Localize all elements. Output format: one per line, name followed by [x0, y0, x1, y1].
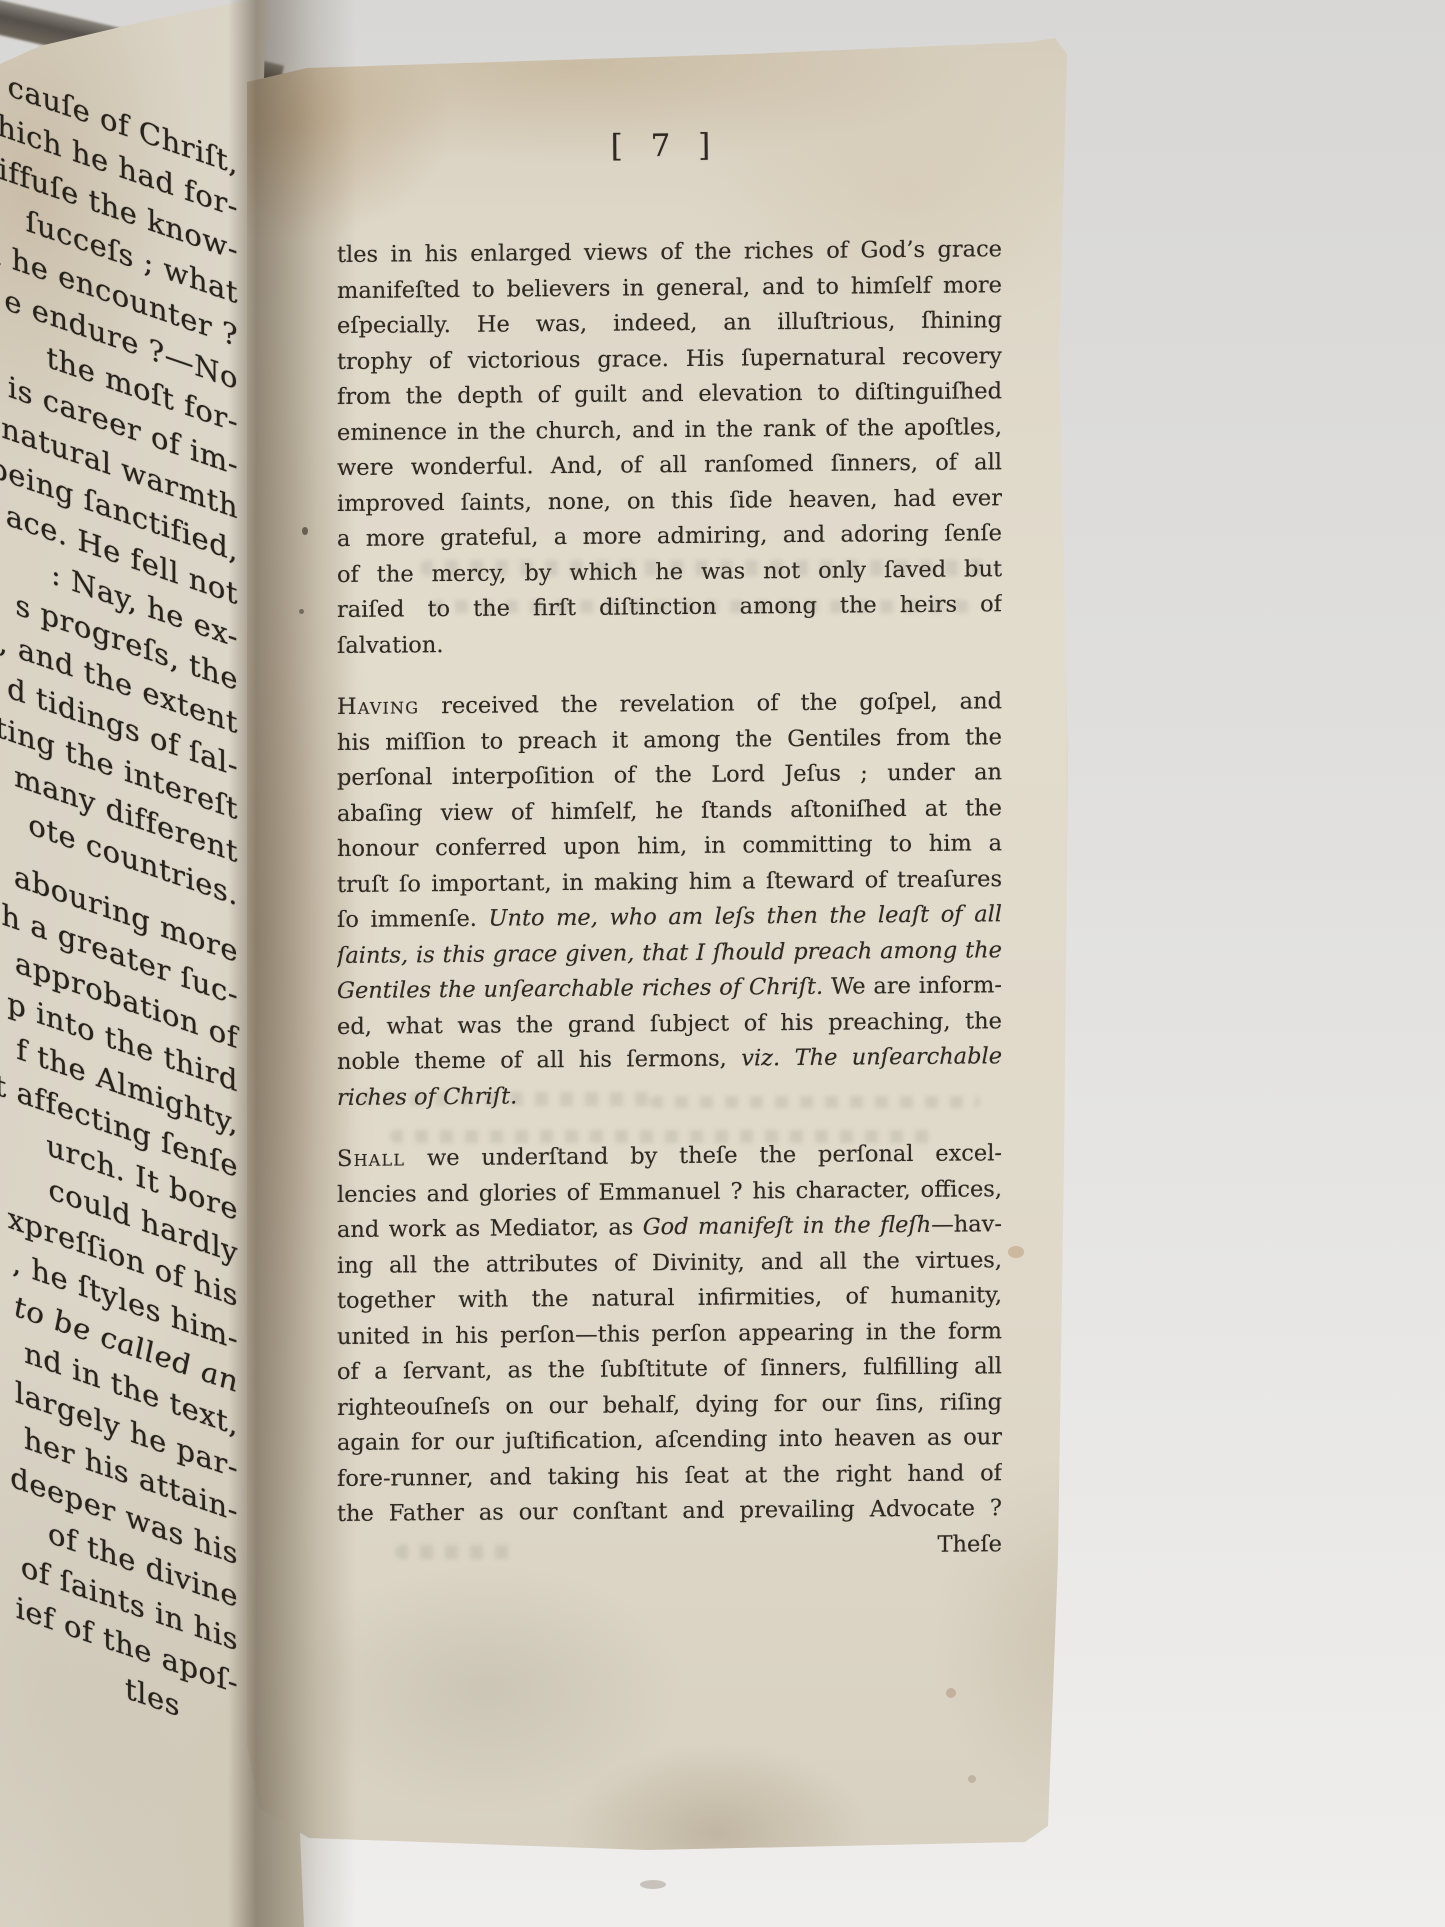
text-line: and work as Mediator, as God manifeſt in…	[337, 1207, 1002, 1248]
left-page-text-block: cauſe of Chriſt,hich he had for-liffuſe …	[0, 30, 238, 1749]
text-segment: of a ſervant, as the ſubſtitute of ſinne…	[337, 1353, 1002, 1385]
text-line: ing all the attributes of Divinity, and …	[337, 1243, 1002, 1284]
text-line: improved ſaints, none, on this ſide heav…	[337, 481, 1002, 522]
text-line: from the depth of guilt and elevation to…	[337, 374, 1002, 415]
text-line: again for our juſtification, aſcending i…	[337, 1420, 1002, 1461]
text-line: of the mercy, by which he was not only ſ…	[337, 552, 1002, 593]
text-line: tles in his enlarged views of the riches…	[337, 232, 1002, 273]
text-line: ed, what was the grand ſubject of his pr…	[337, 1004, 1002, 1045]
text-segment: Shall	[337, 1145, 405, 1172]
text-segment: perſonal interpoſition of the Lord Jeſus…	[337, 759, 1002, 791]
text-segment: the Father as our conſtant and prevailin…	[337, 1495, 1002, 1527]
text-segment: his miſſion to preach it among the Genti…	[337, 724, 1002, 756]
text-line: trophy of victorious grace. His ſupernat…	[337, 339, 1002, 380]
text-segment: united in his perſon—this perſon appeari…	[337, 1318, 1002, 1350]
text-line: his miſſion to preach it among the Genti…	[337, 720, 1002, 761]
text-segment: trophy of victorious grace. His ſupernat…	[337, 343, 1002, 375]
text-line: eſpecially. He was, indeed, an illuſtrio…	[337, 303, 1002, 344]
text-segment: ing all the attributes of Divinity, and …	[337, 1247, 1002, 1279]
text-line: abaſing view of himſelf, he ſtands aſton…	[337, 791, 1002, 832]
text-segment: —hav-	[931, 1211, 1002, 1238]
text-line: Having received the revelation of the go…	[337, 684, 1002, 725]
text-line: together with the natural infirmities, o…	[337, 1278, 1002, 1319]
text-line: eminence in the church, and in the rank …	[337, 410, 1002, 451]
text-segment: raiſed to the firſt diſtinction among th…	[337, 591, 1002, 623]
text-line: manifeſted to believers in general, and …	[337, 268, 1002, 309]
text-segment: manifeſted to believers in general, and …	[337, 272, 1002, 304]
text-segment: ſo immenſe.	[337, 906, 488, 933]
text-segment: Gentiles the unſearchable riches of Chri…	[337, 974, 823, 1004]
page-number: [ 7 ]	[600, 127, 730, 164]
text-segment: received the revelation of the goſpel, a…	[419, 688, 1002, 719]
text-segment: viz.	[741, 1045, 780, 1071]
text-segment: truſt ſo important, in making him a ſtew…	[337, 866, 1002, 898]
text-segment: God manifeſt in the fleſh	[643, 1212, 932, 1241]
text-segment: tles in his enlarged views of the riches…	[337, 236, 1002, 268]
text-segment: Theſe	[938, 1531, 1002, 1558]
text-segment: and work as Mediator, as	[337, 1214, 643, 1243]
text-segment: abaſing view of himſelf, he ſtands aſton…	[337, 795, 1002, 827]
text-segment: eſpecially. He was, indeed, an illuſtrio…	[337, 307, 1002, 339]
text-line: fore-runner, and taking his ſeat at the …	[337, 1456, 1002, 1497]
text-segment: from the depth of guilt and elevation to…	[337, 378, 1002, 410]
text-segment: improved ſaints, none, on this ſide heav…	[337, 485, 1002, 517]
text-line: ſalvation.	[337, 623, 1002, 664]
text-line: perſonal interpoſition of the Lord Jeſus…	[337, 755, 1002, 796]
text-line: were wonderful. And, of all ranſomed ſin…	[337, 445, 1002, 486]
text-segment: a more grateful, a more admiring, and ad…	[337, 520, 1002, 552]
text-segment: fore-runner, and taking his ſeat at the …	[337, 1460, 1002, 1492]
text-line: Shall we underſtand by theſe the perſona…	[337, 1136, 1002, 1177]
text-segment: ſalvation.	[337, 632, 444, 659]
text-segment: eminence in the church, and in the rank …	[337, 414, 1002, 446]
catchword-line: Theſe	[337, 1527, 1002, 1568]
text-segment: riches of Chriſt.	[337, 1083, 517, 1111]
text-line: of a ſervant, as the ſubſtitute of ſinne…	[337, 1349, 1002, 1390]
paragraph: Having received the revelation of the go…	[337, 684, 1002, 1116]
text-line: honour conferred upon him, in committing…	[337, 826, 1002, 867]
text-segment: again for our juſtification, aſcending i…	[337, 1424, 1002, 1456]
text-segment: Having	[337, 693, 419, 720]
text-segment: of the mercy, by which he was not only ſ…	[337, 556, 1002, 588]
paragraph: Shall we underſtand by theſe the perſona…	[337, 1136, 1002, 1568]
text-line: riches of Chriſt.	[337, 1075, 1002, 1116]
paragraph: tles in his enlarged views of the riches…	[337, 232, 1002, 664]
text-segment	[780, 1045, 794, 1071]
text-segment: We are inform-	[823, 972, 1002, 1000]
text-line: ſo immenſe. Unto me, who am leſs then th…	[337, 897, 1002, 938]
text-line: a more grateful, a more admiring, and ad…	[337, 516, 1002, 557]
text-segment: righteouſneſs on our behalf, dying for o…	[337, 1389, 1002, 1421]
text-line: raiſed to the firſt diſtinction among th…	[337, 587, 1002, 628]
text-line: united in his perſon—this perſon appeari…	[337, 1314, 1002, 1355]
text-segment: together with the natural infirmities, o…	[337, 1282, 1002, 1314]
text-line: righteouſneſs on our behalf, dying for o…	[337, 1385, 1002, 1426]
text-segment: noble theme of all his ſermons,	[337, 1045, 741, 1075]
text-segment: honour conferred upon him, in committing…	[337, 830, 1002, 862]
text-segment: lencies and glories of Emmanuel ? his ch…	[337, 1176, 1002, 1208]
text-line: the Father as our conſtant and prevailin…	[337, 1491, 1002, 1532]
text-segment: were wonderful. And, of all ranſomed ſin…	[337, 449, 1002, 481]
text-line: truſt ſo important, in making him a ſtew…	[337, 862, 1002, 903]
paper-blemish	[640, 1880, 666, 1889]
text-line: noble theme of all his ſermons, viz. The…	[337, 1039, 1002, 1080]
main-text-block: tles in his enlarged views of the riches…	[337, 232, 1002, 1568]
text-line: Gentiles the unſearchable riches of Chri…	[337, 968, 1002, 1009]
text-line: ſaints, is this grace given, that I ſhou…	[337, 933, 1002, 974]
book-photo: cauſe of Chriſt,hich he had for-liffuſe …	[0, 0, 1445, 1927]
text-segment: we underſtand by theſe the perſonal exce…	[405, 1140, 1002, 1171]
text-segment: The unſearchable	[795, 1043, 1002, 1071]
text-segment: Unto me, who am leſs then the leaſt of a…	[488, 901, 1002, 931]
text-line: lencies and glories of Emmanuel ? his ch…	[337, 1172, 1002, 1213]
text-segment: ed, what was the grand ſubject of his pr…	[337, 1008, 1002, 1040]
text-segment: ſaints, is this grace given, that I ſhou…	[337, 937, 1002, 969]
